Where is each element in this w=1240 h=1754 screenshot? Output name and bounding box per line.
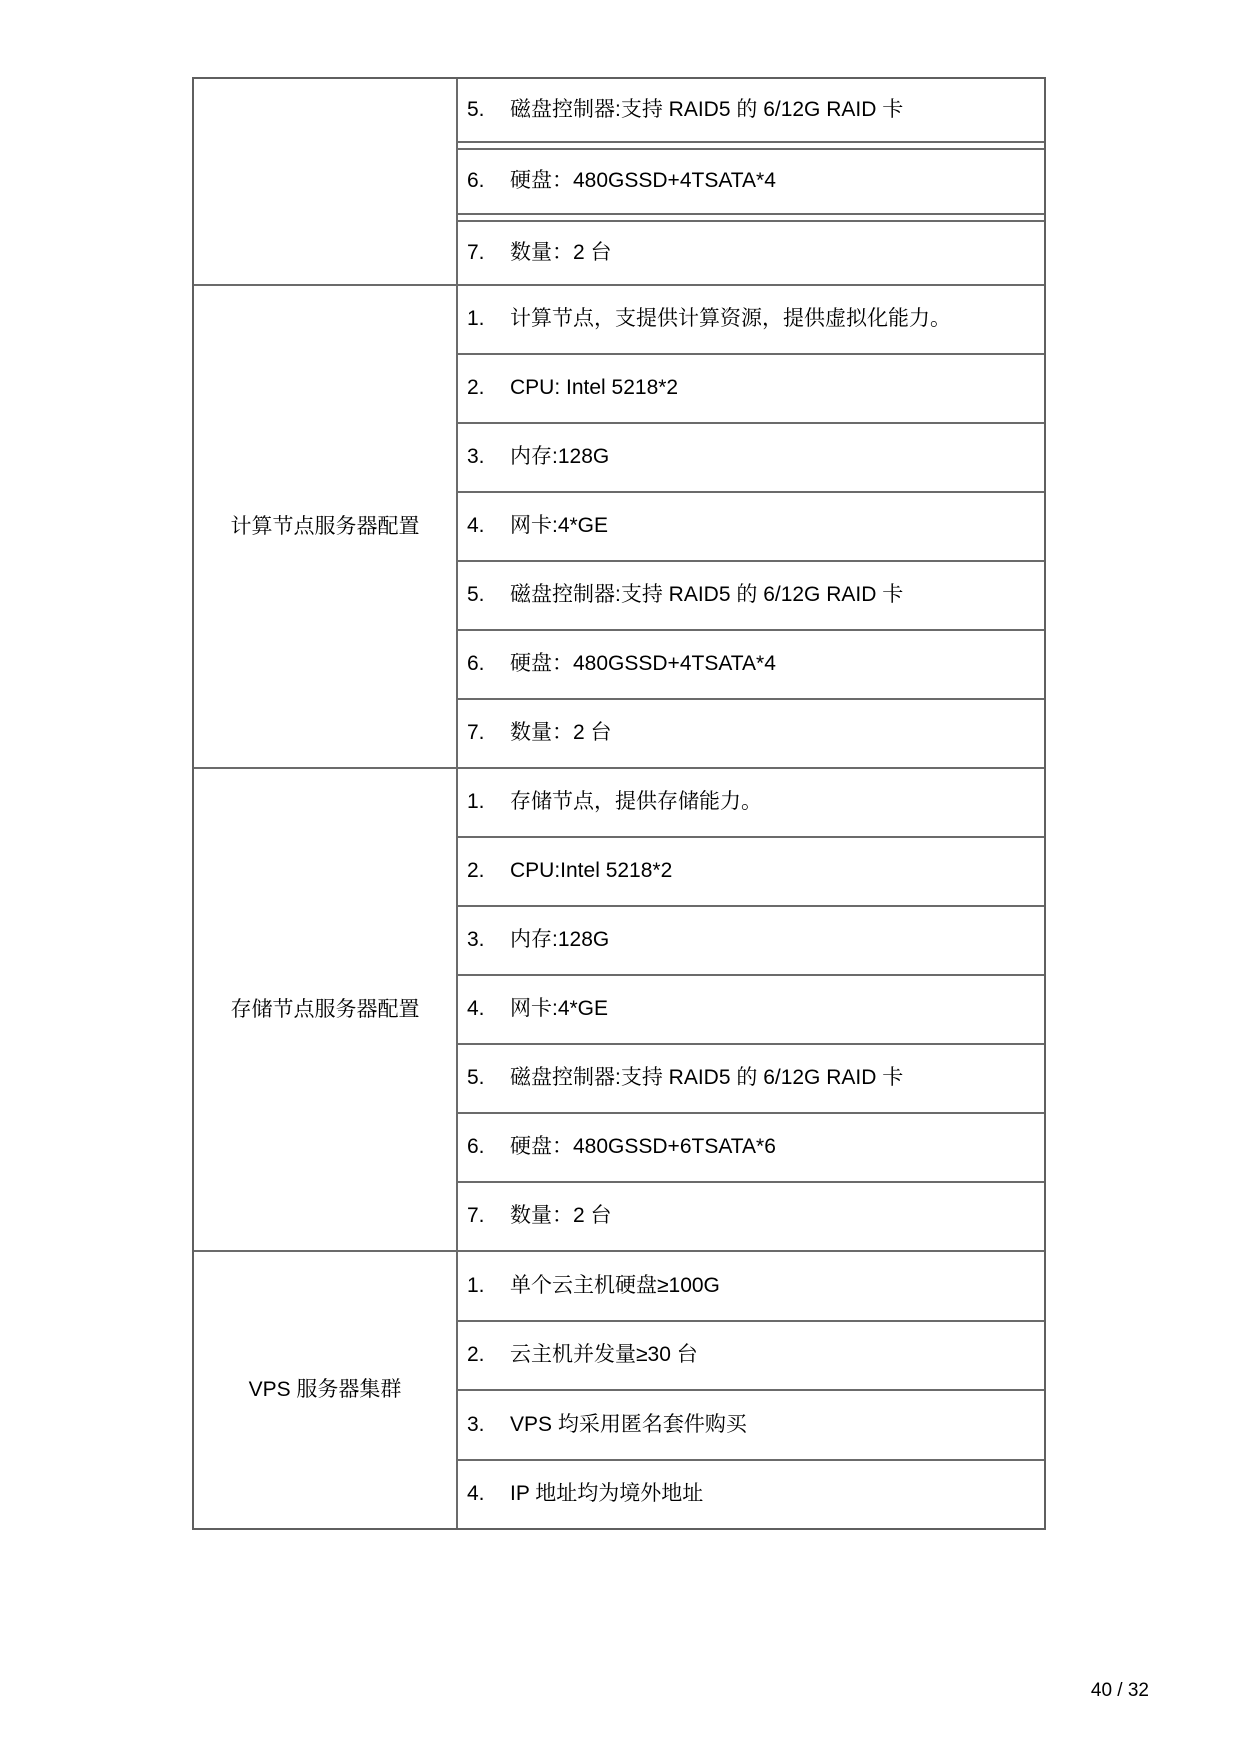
item-text: CPU:Intel 5218*2 [510,858,672,884]
item-text: 数量：2 台 [510,720,612,746]
spec-row: 1.计算节点，支提供计算资源，提供虚拟化能力。 [458,286,1044,353]
spec-row: 1.存储节点，提供存储能力。 [458,769,1044,836]
spec-row: 2.CPU: Intel 5218*2 [458,353,1044,422]
item-text: 网卡:4*GE [510,996,608,1022]
spec-row: 3.内存:128G [458,422,1044,491]
spec-table: 5.磁盘控制器:支持 RAID5 的 6/12G RAID 卡6.硬盘：480G… [192,77,1046,1530]
spec-row: 5.磁盘控制器:支持 RAID5 的 6/12G RAID 卡 [458,560,1044,629]
item-number: 6. [467,168,510,194]
page-number: 40 / 32 [1091,1680,1149,1702]
spec-row: 4.IP 地址均为境外地址 [458,1459,1044,1529]
item-number: 4. [467,513,510,539]
item-text: 网卡:4*GE [510,513,608,539]
item-number: 6. [467,1134,510,1160]
section-label: 存储节点服务器配置 [194,769,458,1250]
item-number: 7. [467,720,510,746]
spec-row: 3.VPS 均采用匿名套件购买 [458,1389,1044,1459]
item-number: 6. [467,651,510,677]
section-items: 1.存储节点，提供存储能力。2.CPU:Intel 5218*23.内存:128… [458,769,1044,1250]
item-number: 4. [467,996,510,1022]
item-text: 硬盘：480GSSD+4TSATA*4 [510,651,776,677]
item-number: 2. [467,858,510,884]
item-number: 3. [467,444,510,470]
spec-row: 7.数量：2 台 [458,1181,1044,1250]
item-number: 3. [467,1412,510,1438]
spec-row: 2.CPU:Intel 5218*2 [458,836,1044,905]
spec-row: 7.数量：2 台 [458,220,1044,284]
item-text: 磁盘控制器:支持 RAID5 的 6/12G RAID 卡 [510,97,903,123]
item-number: 1. [467,306,510,332]
item-text: 磁盘控制器:支持 RAID5 的 6/12G RAID 卡 [510,1065,903,1091]
item-text: 内存:128G [510,927,609,953]
item-number: 5. [467,582,510,608]
spec-row: 6.硬盘：480GSSD+4TSATA*4 [458,148,1044,214]
section-items: 5.磁盘控制器:支持 RAID5 的 6/12G RAID 卡6.硬盘：480G… [458,79,1044,284]
item-text: 存储节点，提供存储能力。 [510,789,762,815]
spec-row: 5.磁盘控制器:支持 RAID5 的 6/12G RAID 卡 [458,79,1044,143]
section-items: 1.单个云主机硬盘≥100G2.云主机并发量≥30 台3.VPS 均采用匿名套件… [458,1252,1044,1528]
spec-row: 5.磁盘控制器:支持 RAID5 的 6/12G RAID 卡 [458,1043,1044,1112]
item-number: 7. [467,240,510,266]
section-label: 计算节点服务器配置 [194,286,458,767]
item-text: CPU: Intel 5218*2 [510,375,678,401]
item-number: 2. [467,1342,510,1368]
section-items: 1.计算节点，支提供计算资源，提供虚拟化能力。2.CPU: Intel 5218… [458,286,1044,767]
item-text: 数量：2 台 [510,1203,612,1229]
spec-row: 3.内存:128G [458,905,1044,974]
table-section: 存储节点服务器配置1.存储节点，提供存储能力。2.CPU:Intel 5218*… [194,769,1044,1252]
item-text: VPS 均采用匿名套件购买 [510,1412,747,1438]
item-text: 云主机并发量≥30 台 [510,1342,698,1368]
item-number: 5. [467,1065,510,1091]
item-text: 硬盘：480GSSD+4TSATA*4 [510,168,776,194]
section-label [194,79,458,284]
item-number: 7. [467,1203,510,1229]
item-text: 内存:128G [510,444,609,470]
spec-row: 2.云主机并发量≥30 台 [458,1320,1044,1390]
spec-row: 6.硬盘：480GSSD+6TSATA*6 [458,1112,1044,1181]
item-number: 5. [467,97,510,123]
item-text: IP 地址均为境外地址 [510,1481,703,1507]
item-text: 磁盘控制器:支持 RAID5 的 6/12G RAID 卡 [510,582,903,608]
table-section: 计算节点服务器配置1.计算节点，支提供计算资源，提供虚拟化能力。2.CPU: I… [194,286,1044,769]
item-text: 计算节点，支提供计算资源，提供虚拟化能力。 [510,306,951,332]
spec-row: 6.硬盘：480GSSD+4TSATA*4 [458,629,1044,698]
item-text: 数量：2 台 [510,240,612,266]
spec-row: 4.网卡:4*GE [458,491,1044,560]
item-number: 1. [467,789,510,815]
item-text: 硬盘：480GSSD+6TSATA*6 [510,1134,776,1160]
item-number: 4. [467,1481,510,1507]
table-section: VPS 服务器集群1.单个云主机硬盘≥100G2.云主机并发量≥30 台3.VP… [194,1252,1044,1528]
section-label: VPS 服务器集群 [194,1252,458,1528]
item-text: 单个云主机硬盘≥100G [510,1273,720,1299]
spec-row: 7.数量：2 台 [458,698,1044,767]
item-number: 2. [467,375,510,401]
item-number: 3. [467,927,510,953]
item-number: 1. [467,1273,510,1299]
spec-row: 1.单个云主机硬盘≥100G [458,1252,1044,1320]
table-section: 5.磁盘控制器:支持 RAID5 的 6/12G RAID 卡6.硬盘：480G… [194,79,1044,286]
spec-row: 4.网卡:4*GE [458,974,1044,1043]
